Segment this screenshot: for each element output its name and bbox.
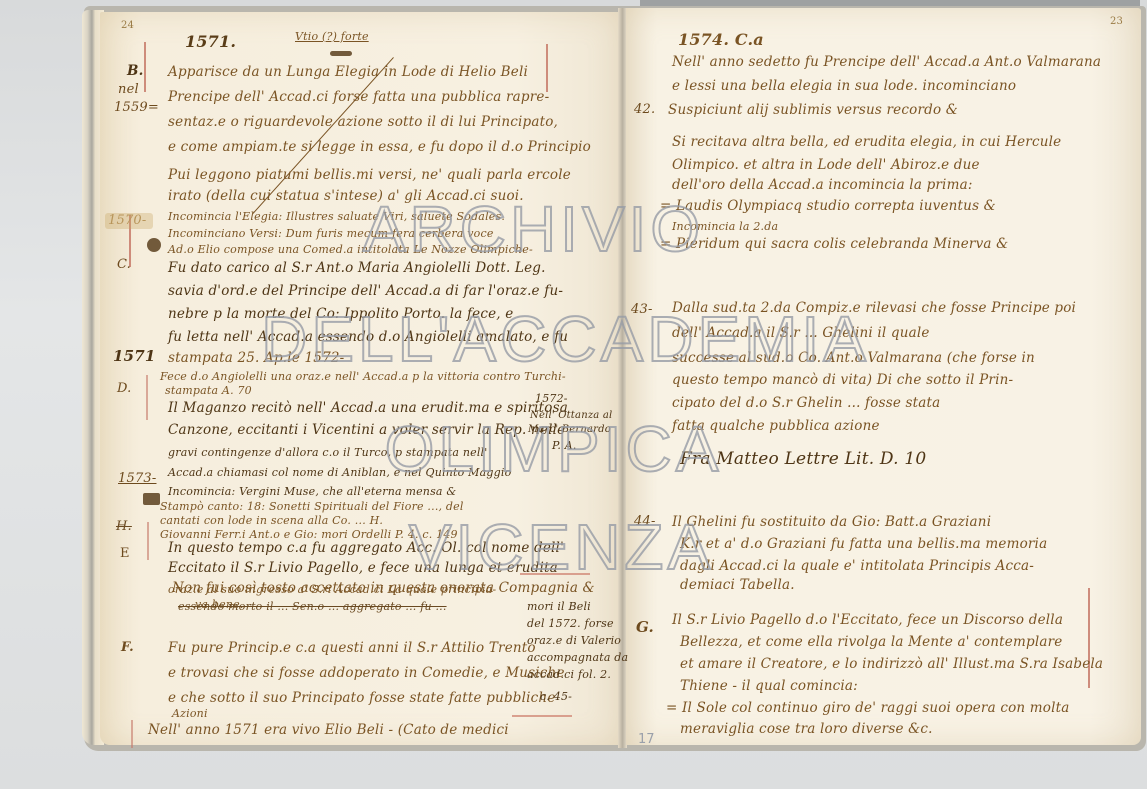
text-line: dell'oro della Accad.a incomincia la pri… bbox=[672, 177, 973, 193]
text-line: fu letta nell' Accad.a essendo d.o Angio… bbox=[168, 329, 568, 345]
text-line: gravi contingenze d'allora c.o il Turco,… bbox=[168, 446, 488, 459]
red-pencil-mark bbox=[131, 720, 133, 748]
text-line: cipato del d.o S.r Ghelin ... fosse stat… bbox=[672, 395, 940, 411]
text-line: Canzone, eccitanti i Vicentini a voler s… bbox=[168, 422, 565, 438]
text-line: stampata A. 70 bbox=[165, 384, 252, 397]
margin-note-line: mori il Beli bbox=[527, 600, 591, 613]
margin-label-nel: nel bbox=[118, 82, 139, 97]
margin-label-1559: 1559= bbox=[114, 100, 159, 115]
text-line: Accad.a chiamasi col nome di Aniblan, e … bbox=[168, 466, 511, 479]
text-line: irato (della cui statua s'intese) a' gli… bbox=[168, 188, 524, 204]
text-line: Prencipe dell' Accad.ci forse fatta una … bbox=[168, 89, 549, 105]
text-line: fatta qualche pubblica azione bbox=[672, 418, 880, 434]
text-line: questo tempo mancò di vita) Di che sotto… bbox=[672, 372, 1013, 388]
text-line: In questo tempo c.a fu aggregato Acc. Ol… bbox=[168, 540, 564, 556]
red-pencil-mark bbox=[146, 375, 148, 420]
text-line: Il Ghelini fu sostituito da Gio: Batt.a … bbox=[672, 514, 991, 530]
left-page-number: 24 bbox=[121, 20, 134, 31]
margin-label-b: B. bbox=[127, 63, 144, 79]
margin-label-44: 44- bbox=[634, 514, 656, 529]
margin-label-1570: 1570- bbox=[108, 213, 146, 228]
text-line: et amare il Creatore, e lo indirizzò all… bbox=[680, 656, 1103, 672]
text-line: Incomincia l'Elegia: Illustres saluate V… bbox=[168, 210, 505, 223]
text-line: = Il Sole col continuo giro de' raggi su… bbox=[666, 700, 1070, 716]
red-pencil-mark bbox=[546, 44, 548, 92]
signature-line: Fra Matteo Lettre Lit. D. 10 bbox=[680, 449, 926, 469]
text-line: Il Maganzo recitò nell' Accad.a una erud… bbox=[168, 400, 568, 416]
margin-note-line: accompagnata da bbox=[527, 651, 628, 664]
text-line: nebre p la morte del Co: Ippolito Porto.… bbox=[168, 306, 513, 322]
text-line: dell' Accad.a il S.r ... Ghelini il qual… bbox=[672, 325, 930, 341]
margin-label-h-struck: H. bbox=[116, 519, 132, 534]
margin-label-d: D. bbox=[117, 381, 132, 396]
struck-text-line: essendo morto il ... Sen.o ... aggregato… bbox=[178, 600, 447, 613]
manuscript-scan: 24 1571. Vtio (?) forte B. nel 1559= 157… bbox=[0, 0, 1147, 789]
text-line: = Pieridum qui sacra colis celebranda Mi… bbox=[660, 236, 1008, 252]
margin-note-line: accad.ci fol. 2. bbox=[527, 668, 611, 681]
text-line: Thiene - il qual comincia: bbox=[680, 678, 858, 694]
text-line: cantati con lode in scena alla Co. ... H… bbox=[160, 514, 383, 527]
text-line: Eccitato il S.r Livio Pagello, e fece un… bbox=[168, 560, 558, 576]
text-line: Incomincia: Vergini Muse, che all'eterna… bbox=[168, 485, 456, 498]
text-line: Nell' anno sedetto fu Prencipe dell' Acc… bbox=[672, 54, 1101, 70]
text-line: Fece d.o Angiolelli una oraz.e nell' Acc… bbox=[160, 370, 566, 383]
text-line: Olimpico. et altra in Lode dell' Abiroz.… bbox=[672, 157, 980, 173]
margin-note-line: del 1572. forse bbox=[527, 617, 614, 630]
margin-label-42: 42. bbox=[634, 102, 655, 117]
text-line: = Laudis Olympiacq studio correpta iuven… bbox=[660, 198, 996, 214]
text-line: meraviglia cose tra loro diverse &c. bbox=[680, 721, 933, 737]
text-line: Fu dato carico al S.r Ant.o Maria Angiol… bbox=[168, 260, 546, 276]
margin-note-line: Nell' Ottanza al bbox=[530, 410, 612, 421]
text-line: Si recitava altra bella, ed erudita eleg… bbox=[672, 134, 1061, 150]
red-pencil-mark bbox=[1088, 588, 1090, 688]
text-line: e come ampiam.te si legge in essa, e fu … bbox=[168, 139, 591, 155]
right-header-year: 1574. C.a bbox=[678, 30, 764, 49]
text-line: Apparisce da un Lunga Elegia in Lode di … bbox=[168, 64, 528, 80]
text-line: Azioni bbox=[172, 707, 208, 720]
margin-note-line: 1572- bbox=[535, 392, 568, 405]
ink-blot bbox=[143, 493, 160, 505]
text-line: successe al sud.o Co. Ant.o Valmarana (c… bbox=[672, 350, 1035, 366]
text-line: Nell' anno 1571 era vivo Elio Beli - (Ca… bbox=[148, 722, 509, 738]
ink-blot bbox=[330, 51, 352, 56]
text-line: savia d'ord.e del Principe dell' Accad.a… bbox=[168, 283, 563, 299]
text-line: dagli Accad.ci la quale e' intitolata Pr… bbox=[680, 558, 1034, 574]
text-line: K.r et a' d.o Graziani fu fatta una bell… bbox=[680, 536, 1047, 552]
ink-blot-circle bbox=[147, 238, 161, 252]
margin-label-f: F. bbox=[121, 640, 134, 655]
text-line: e trovasi che si fosse addoperato in Com… bbox=[168, 665, 565, 681]
right-page-number: 23 bbox=[1110, 16, 1123, 27]
red-pencil-underline bbox=[512, 715, 572, 717]
left-header-year: 1571. bbox=[185, 32, 236, 51]
margin-note-line: Marc' Bernardo bbox=[528, 424, 611, 435]
text-line: Incomincia la 2.da bbox=[672, 220, 778, 233]
text-line: Fu pure Princip.e c.a questi anni il S.r… bbox=[168, 640, 536, 656]
text-line: demiaci Tabella. bbox=[680, 577, 795, 593]
text-line: stampata 25. Ap.le 1572- bbox=[168, 350, 344, 366]
left-header-note: Vtio (?) forte bbox=[295, 30, 369, 43]
margin-note-line: c. 45- bbox=[540, 690, 572, 703]
text-line: Il S.r Livio Pagello d.o l'Eccitato, fec… bbox=[672, 612, 1063, 628]
text-line: Dalla sud.ta 2.da Compiz.e rilevasi che … bbox=[672, 300, 1076, 316]
text-line: e che sotto il suo Principato fosse stat… bbox=[168, 690, 556, 706]
text-line: Stampò canto: 18: Sonetti Spirituali del… bbox=[160, 500, 464, 513]
text-line: Non fui così tosto accettato in questa o… bbox=[172, 580, 595, 596]
red-pencil-mark bbox=[147, 522, 149, 560]
text-line: Bellezza, et come ella rivolga la Mente … bbox=[680, 634, 1062, 650]
margin-label-1571: 1571 bbox=[113, 347, 156, 365]
text-line: Suspiciunt alij sublimis versus recordo … bbox=[668, 102, 958, 118]
text-line: Incominciano Versi: Dum furis mecum fera… bbox=[168, 227, 494, 240]
margin-label-43: 43- bbox=[631, 302, 653, 317]
text-line: Pui leggono piatumi bellis.mi versi, ne'… bbox=[168, 167, 571, 183]
margin-label-c: C. bbox=[117, 257, 131, 272]
foliation-number: 17 bbox=[638, 732, 655, 747]
margin-note-line: P. A. bbox=[552, 439, 577, 452]
text-line: Ad.o Elio compose una Comed.a intitolata… bbox=[168, 243, 533, 256]
margin-label-e: E bbox=[120, 546, 130, 561]
text-line: e lessi una bella elegia in sua lode. in… bbox=[672, 78, 1016, 94]
margin-label-g: G. bbox=[636, 618, 654, 636]
margin-note-line: oraz.e di Valerio bbox=[527, 634, 621, 647]
red-pencil-mark bbox=[144, 42, 146, 92]
text-line: sentaz.e o riguardevole azione sotto il … bbox=[168, 114, 558, 130]
margin-label-1573: 1573- bbox=[118, 471, 156, 486]
